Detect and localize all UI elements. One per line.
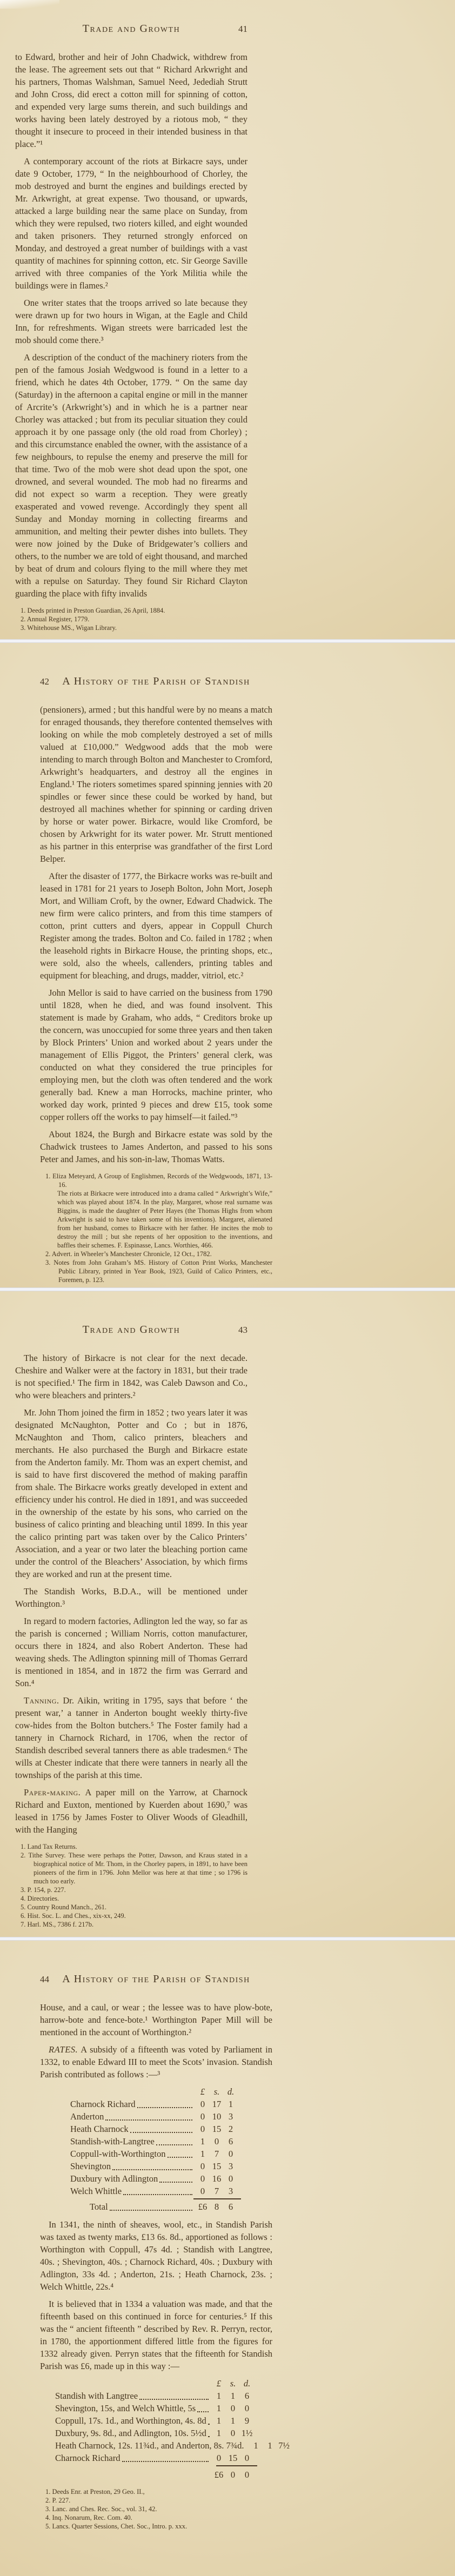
shillings-value: 15: [226, 2452, 240, 2464]
pounds-value: 0: [196, 2110, 210, 2123]
footnote: 2. P. 227.: [40, 2496, 272, 2505]
footnote-text: 2. Annual Register, 1779.: [21, 615, 89, 623]
dot-leader: [137, 2107, 192, 2108]
pounds-value: 1: [212, 2414, 226, 2427]
paragraph-text: In regard to modern factories, Adlington…: [15, 1616, 247, 1688]
pence-value: 0: [240, 2452, 254, 2464]
page-42-body: (pensioners), armed ; but this handful w…: [40, 703, 272, 1165]
pence-value: 3: [224, 2160, 238, 2172]
page-separator: [0, 1937, 455, 1941]
footnote-text: 1. Land Tax Returns.: [21, 1843, 77, 1850]
page-41-footnotes: 1. Deeds printed in Preston Guardian, 26…: [15, 606, 247, 632]
footnote: 2. Tithe Survey. These were perhaps the …: [15, 1851, 247, 1886]
shillings-value: 0: [226, 2468, 240, 2481]
page-number: 41: [238, 24, 247, 35]
pounds-value: 0: [196, 2172, 210, 2185]
running-title: A History of the Parish of Standish: [40, 675, 272, 688]
pounds-symbol: £: [212, 2377, 226, 2390]
pounds-value: 0: [196, 2185, 210, 2197]
footnote: 7. Harl. MS., 7386 f. 217b.: [15, 1920, 247, 1929]
pounds-value: 0: [212, 2452, 226, 2464]
footnote-text: 3. Lanc. and Ches. Rec. Soc., vol. 31, 4…: [45, 2505, 157, 2513]
dot-leader: [208, 2423, 209, 2425]
footnote-text: 3. P. 154, p. 227.: [21, 1886, 66, 1894]
township-name: Standish with Langtree: [55, 2390, 138, 2402]
footnote-text: 3. Notes from John Graham’s MS. History …: [45, 1259, 272, 1284]
paragraph: In regard to modern factories, Adlington…: [15, 1615, 247, 1689]
footnote: 1. Eliza Meteyard, A Group of Englishmen…: [40, 1172, 272, 1189]
paragraph-lead: Tanning.: [24, 1695, 59, 1706]
paragraph: Mr. John Thom joined the firm in 1852 ; …: [15, 1406, 247, 1580]
footnote-text: 7. Harl. MS., 7386 f. 217b.: [21, 1921, 93, 1928]
pence-value: 0: [240, 2402, 254, 2414]
paragraph-text: One writer states that the troops arrive…: [15, 298, 247, 345]
page-number: 42: [40, 676, 49, 687]
footnote: 2. Advert. in Wheeler’s Manchester Chron…: [40, 1250, 272, 1258]
page-44-footnotes: 1. Deeds Enr. at Preston, 29 Geo. II., 2…: [40, 2487, 272, 2531]
footnote: 5. Lancs. Quarter Sessions, Chet. Soc., …: [40, 2522, 272, 2531]
pounds-value: £6: [196, 2201, 210, 2213]
paragraph: In 1341, the ninth of sheaves, wool, etc…: [40, 2218, 272, 2293]
dot-leader: [159, 2181, 192, 2183]
paragraph: RATES. A subsidy of a fifteenth was vote…: [40, 2043, 272, 2081]
township-name: Duxbury, 9s. 8d., and Adlington, 10s. 5½…: [55, 2427, 206, 2439]
dot-leader: [197, 2411, 209, 2412]
footnote: 1. Deeds Enr. at Preston, 29 Geo. II.,: [40, 2487, 272, 2496]
dot-leader: [139, 2398, 209, 2400]
rate-row: Anderton 0 10 3: [40, 2110, 272, 2123]
paragraph-text: After the disaster of 1777, the Birkacre…: [40, 871, 272, 981]
pence-value: 0: [240, 2468, 254, 2481]
paragraph-text: House, and a caul, or wear ; the lessee …: [40, 2002, 272, 2037]
shillings-value: 0: [210, 2135, 224, 2148]
footnote: 5. Country Round Manch., 261.: [15, 1903, 247, 1911]
rate-row: Charnock Richard 0 15 0: [40, 2452, 272, 2464]
pence-value: 9: [240, 2414, 254, 2427]
pence-value: 1½: [240, 2427, 254, 2439]
shillings-value: 1: [226, 2390, 240, 2402]
book-page-41: Trade and Growth 41 to Edward, brother a…: [0, 0, 455, 639]
spacer: [57, 2478, 209, 2479]
pounds-value: 0: [196, 2160, 210, 2172]
dot-leader: [110, 2209, 192, 2211]
pence-value: 1: [224, 2098, 238, 2110]
footnote-text: 5. Country Round Manch., 261.: [21, 1903, 106, 1911]
township-name: Heath Charnock: [70, 2123, 129, 2135]
footnote: 3. Whitehouse MS., Wigan Library.: [15, 623, 247, 632]
rate-row: Coppull, 17s. 1d., and Worthington, 4s. …: [40, 2414, 272, 2427]
running-title: A History of the Parish of Standish: [40, 1973, 272, 1985]
footnote: 3. Notes from John Graham’s MS. History …: [40, 1258, 272, 1284]
township-name: Charnock Richard: [55, 2452, 121, 2464]
page-number: 44: [40, 1974, 49, 1985]
dot-leader: [112, 2169, 192, 2170]
pounds-value: 1: [196, 2148, 210, 2160]
paragraph: The history of Birkacre is not clear for…: [15, 1352, 247, 1401]
paragraph-text: to Edward, brother and heir of John Chad…: [15, 52, 247, 149]
rates-table-1332-rows: Charnock Richard 0 17 1 Anderton 0 10 3: [40, 2098, 272, 2197]
paragraph-text: Mr. John Thom joined the firm in 1852 ; …: [15, 1407, 247, 1579]
pounds-value: 1: [249, 2439, 263, 2452]
paragraph-lead: Paper-making.: [24, 1787, 81, 1797]
paragraph-text: It is believed that in 1334 a valuation …: [40, 2299, 272, 2371]
spacer: [72, 2095, 192, 2096]
page-44-body-mid: In 1341, the ninth of sheaves, wool, etc…: [40, 2218, 272, 2372]
pence-value: 6: [240, 2390, 254, 2402]
page-43-column: Trade and Growth 43 The history of Birka…: [15, 1324, 247, 1929]
pence-value: 3: [224, 2185, 238, 2197]
pounds-value: 1: [196, 2135, 210, 2148]
dot-leader: [156, 2144, 192, 2145]
rate-row: Standish with Langtree 1 1 6: [40, 2390, 272, 2402]
township-name: Shevington: [70, 2160, 111, 2172]
pounds-value: 0: [196, 2098, 210, 2110]
paragraph-text: In 1341, the ninth of sheaves, wool, etc…: [40, 2219, 272, 2292]
pounds-symbol: £: [196, 2085, 210, 2098]
paragraph: John Mellor is said to have carried on t…: [40, 987, 272, 1123]
shillings-value: 1: [226, 2414, 240, 2427]
paragraph: House, and a caul, or wear ; the lessee …: [40, 2001, 272, 2038]
book-scan: Trade and Growth 41 to Edward, brother a…: [0, 0, 455, 2576]
page-41-body: to Edward, brother and heir of John Chad…: [15, 51, 247, 600]
shillings-value: 1: [263, 2439, 277, 2452]
pounds-value: 1: [212, 2402, 226, 2414]
paragraph: About 1824, the Burgh and Birkacre estat…: [40, 1128, 272, 1165]
pence-value: 3: [224, 2110, 238, 2123]
rate-row: Heath Charnock, 12s. 11¾d., and Anderton…: [40, 2439, 272, 2452]
shillings-value: 8: [210, 2201, 224, 2213]
page-42-footnotes: 1. Eliza Meteyard, A Group of Englishmen…: [40, 1172, 272, 1284]
footnote-text: 1. Eliza Meteyard, A Group of Englishmen…: [45, 1172, 272, 1189]
township-name: Charnock Richard: [70, 2098, 136, 2110]
shillings-value: 15: [210, 2123, 224, 2135]
pence-value: 6: [224, 2201, 238, 2213]
footnote: 4. Directories.: [15, 1894, 247, 1903]
shillings-symbol: s.: [226, 2377, 240, 2390]
footnote: 1. Deeds printed in Preston Guardian, 26…: [15, 606, 247, 615]
paragraph: Paper-making. A paper mill on the Yarrow…: [15, 1786, 247, 1836]
pence-value: 0: [224, 2148, 238, 2160]
shillings-value: 10: [210, 2110, 224, 2123]
footnote-text: 1. Deeds printed in Preston Guardian, 26…: [21, 607, 165, 614]
total-row: Total £6 8 6: [40, 2201, 272, 2213]
pence-symbol: d.: [224, 2085, 238, 2098]
township-name: Anderton: [70, 2110, 104, 2123]
page-44-body-top: House, and a caul, or wear ; the lessee …: [40, 2001, 272, 2081]
footnote-text: The riots at Birkacre were introduced in…: [57, 1190, 272, 1249]
paragraph-text: John Mellor is said to have carried on t…: [40, 988, 272, 1122]
page-separator: [0, 1287, 455, 1291]
rate-row: Standish-with-Langtree 1 0 6: [40, 2135, 272, 2148]
rate-row: Duxbury with Adlington 0 16 0: [40, 2172, 272, 2185]
footnote-text: 3. Whitehouse MS., Wigan Library.: [21, 624, 117, 632]
currency-header: £ s. d.: [40, 2085, 272, 2098]
running-title: Trade and Growth: [15, 23, 247, 35]
footnote-text: 1. Deeds Enr. at Preston, 29 Geo. II.,: [45, 2488, 145, 2496]
township-name: Welch Whittle: [70, 2185, 122, 2197]
footnote: The riots at Birkacre were introduced in…: [40, 1189, 272, 1250]
shillings-value: 7: [210, 2148, 224, 2160]
township-name: Heath Charnock, 12s. 11¾d., and Anderton…: [55, 2439, 244, 2452]
rate-row: Coppull-with-Worthington 1 7 0: [40, 2148, 272, 2160]
paragraph: A contemporary account of the riots at B…: [15, 155, 247, 292]
page-44-column: 44 A History of the Parish of Standish H…: [40, 1973, 272, 2531]
book-page-44: 44 A History of the Parish of Standish H…: [0, 1941, 455, 2576]
pounds-value: 1: [212, 2390, 226, 2402]
rate-row: Charnock Richard 0 17 1: [40, 2098, 272, 2110]
footnote-text: 4. Inq. Nonarum, Rec. Com. 40.: [45, 2514, 132, 2521]
dot-leader: [208, 2436, 209, 2437]
paragraph: The Standish Works, B.D.A., will be ment…: [15, 1585, 247, 1610]
spacer: [57, 2387, 209, 2387]
page-42-column: 42 A History of the Parish of Standish (…: [40, 675, 272, 1284]
total-row: £6 0 0: [40, 2468, 272, 2481]
page-separator: [0, 639, 455, 643]
pounds-value: £6: [212, 2468, 226, 2481]
dot-leader: [105, 2119, 192, 2121]
rate-row: Heath Charnock 0 15 2: [40, 2123, 272, 2135]
paragraph: A description of the conduct of the mach…: [15, 351, 247, 600]
total-rule: [193, 2198, 241, 2199]
rate-row: Welch Whittle 0 7 3: [40, 2185, 272, 2197]
book-page-43: Trade and Growth 43 The history of Birka…: [0, 1291, 455, 1937]
shillings-value: 15: [210, 2160, 224, 2172]
dot-leader: [130, 2131, 192, 2133]
footnote: 3. Lanc. and Ches. Rec. Soc., vol. 31, 4…: [40, 2505, 272, 2513]
total-label: Total: [90, 2201, 108, 2213]
shillings-value: 17: [210, 2098, 224, 2110]
page-43-footnotes: 1. Land Tax Returns. 2. Tithe Survey. Th…: [15, 1842, 247, 1929]
township-name: Coppull-with-Worthington: [70, 2148, 166, 2160]
footnote-text: 6. Hist. Soc. L. and Ches., xix-xx, 249.: [21, 1912, 126, 1920]
footnote: 6. Hist. Soc. L. and Ches., xix-xx, 249.: [15, 1911, 247, 1920]
page-41-column: Trade and Growth 41 to Edward, brother a…: [15, 23, 247, 632]
shillings-value: 7: [210, 2185, 224, 2197]
paragraph: One writer states that the troops arrive…: [15, 297, 247, 346]
footnote-text: 2. Tithe Survey. These were perhaps the …: [21, 1852, 247, 1885]
footnote-text: 2. P. 227.: [45, 2497, 70, 2504]
total-rule: [216, 2465, 257, 2466]
pounds-value: 0: [196, 2123, 210, 2135]
shillings-value: 0: [226, 2427, 240, 2439]
paragraph-lead: RATES.: [49, 2044, 78, 2055]
pence-symbol: d.: [240, 2377, 254, 2390]
rates-table-fifteenth-rows: Standish with Langtree 1 1 6 Shevington,…: [40, 2390, 272, 2464]
rate-row: Shevington, 15s, and Welch Whittle, 5s 1…: [40, 2402, 272, 2414]
page-41-header: Trade and Growth 41: [15, 23, 247, 37]
paragraph: After the disaster of 1777, the Birkacre…: [40, 870, 272, 982]
township-name: Shevington, 15s, and Welch Whittle, 5s: [55, 2402, 196, 2414]
shillings-value: 16: [210, 2172, 224, 2185]
rate-row: Duxbury, 9s. 8d., and Adlington, 10s. 5½…: [40, 2427, 272, 2439]
running-title: Trade and Growth: [15, 1324, 247, 1336]
rate-row: Shevington 0 15 3: [40, 2160, 272, 2172]
footnote: 2. Annual Register, 1779.: [15, 615, 247, 623]
shillings-symbol: s.: [210, 2085, 224, 2098]
paragraph-text: A contemporary account of the riots at B…: [15, 156, 247, 291]
pounds-value: 1: [212, 2427, 226, 2439]
footnote: 1. Land Tax Returns.: [15, 1842, 247, 1851]
rates-table-1332: £ s. d. Charnock Richard 0 17 1: [40, 2085, 272, 2213]
shillings-value: 0: [226, 2402, 240, 2414]
footnote-text: 2. Advert. in Wheeler’s Manchester Chron…: [45, 1250, 212, 1258]
paragraph-text: About 1824, the Burgh and Birkacre estat…: [40, 1129, 272, 1164]
paragraph-text: A description of the conduct of the mach…: [15, 352, 247, 599]
currency-header: £ s. d.: [40, 2377, 272, 2390]
book-page-42: 42 A History of the Parish of Standish (…: [0, 643, 455, 1287]
township-name: Duxbury with Adlington: [70, 2172, 158, 2185]
page-44-header: 44 A History of the Parish of Standish: [40, 1973, 272, 1987]
pence-value: 0: [224, 2172, 238, 2185]
paragraph: Tanning. Dr. Aikin, writing in 1795, say…: [15, 1694, 247, 1781]
footnote-text: 5. Lancs. Quarter Sessions, Chet. Soc., …: [45, 2523, 187, 2530]
page-43-body: The history of Birkacre is not clear for…: [15, 1352, 247, 1836]
paragraph: (pensioners), armed ; but this handful w…: [40, 703, 272, 865]
footnote: 4. Inq. Nonarum, Rec. Com. 40.: [40, 2513, 272, 2522]
dot-leader: [168, 2156, 193, 2158]
paragraph-text: (pensioners), armed ; but this handful w…: [40, 705, 272, 864]
page-number: 43: [238, 1325, 247, 1336]
footnote: 3. P. 154, p. 227.: [15, 1886, 247, 1894]
rates-table-fifteenth: £ s. d. Standish with Langtree 1 1 6: [40, 2377, 272, 2481]
page-42-header: 42 A History of the Parish of Standish: [40, 675, 272, 689]
pence-value: 6: [224, 2135, 238, 2148]
paragraph-text: The history of Birkacre is not clear for…: [15, 1353, 247, 1400]
dot-leader: [122, 2460, 209, 2462]
township-name: Coppull, 17s. 1d., and Worthington, 4s. …: [55, 2414, 206, 2427]
township-name: Standish-with-Langtree: [70, 2135, 155, 2148]
paragraph: It is believed that in 1334 a valuation …: [40, 2298, 272, 2372]
page-43-header: Trade and Growth 43: [15, 1324, 247, 1338]
dot-leader: [123, 2193, 192, 2195]
paragraph-text: The Standish Works, B.D.A., will be ment…: [15, 1586, 247, 1609]
pence-value: 2: [224, 2123, 238, 2135]
footnote-text: 4. Directories.: [21, 1895, 59, 1902]
pence-value: 7½: [277, 2439, 291, 2452]
paragraph: to Edward, brother and heir of John Chad…: [15, 51, 247, 150]
paragraph-text: Dr. Aikin, writing in 1795, says that be…: [15, 1695, 247, 1780]
